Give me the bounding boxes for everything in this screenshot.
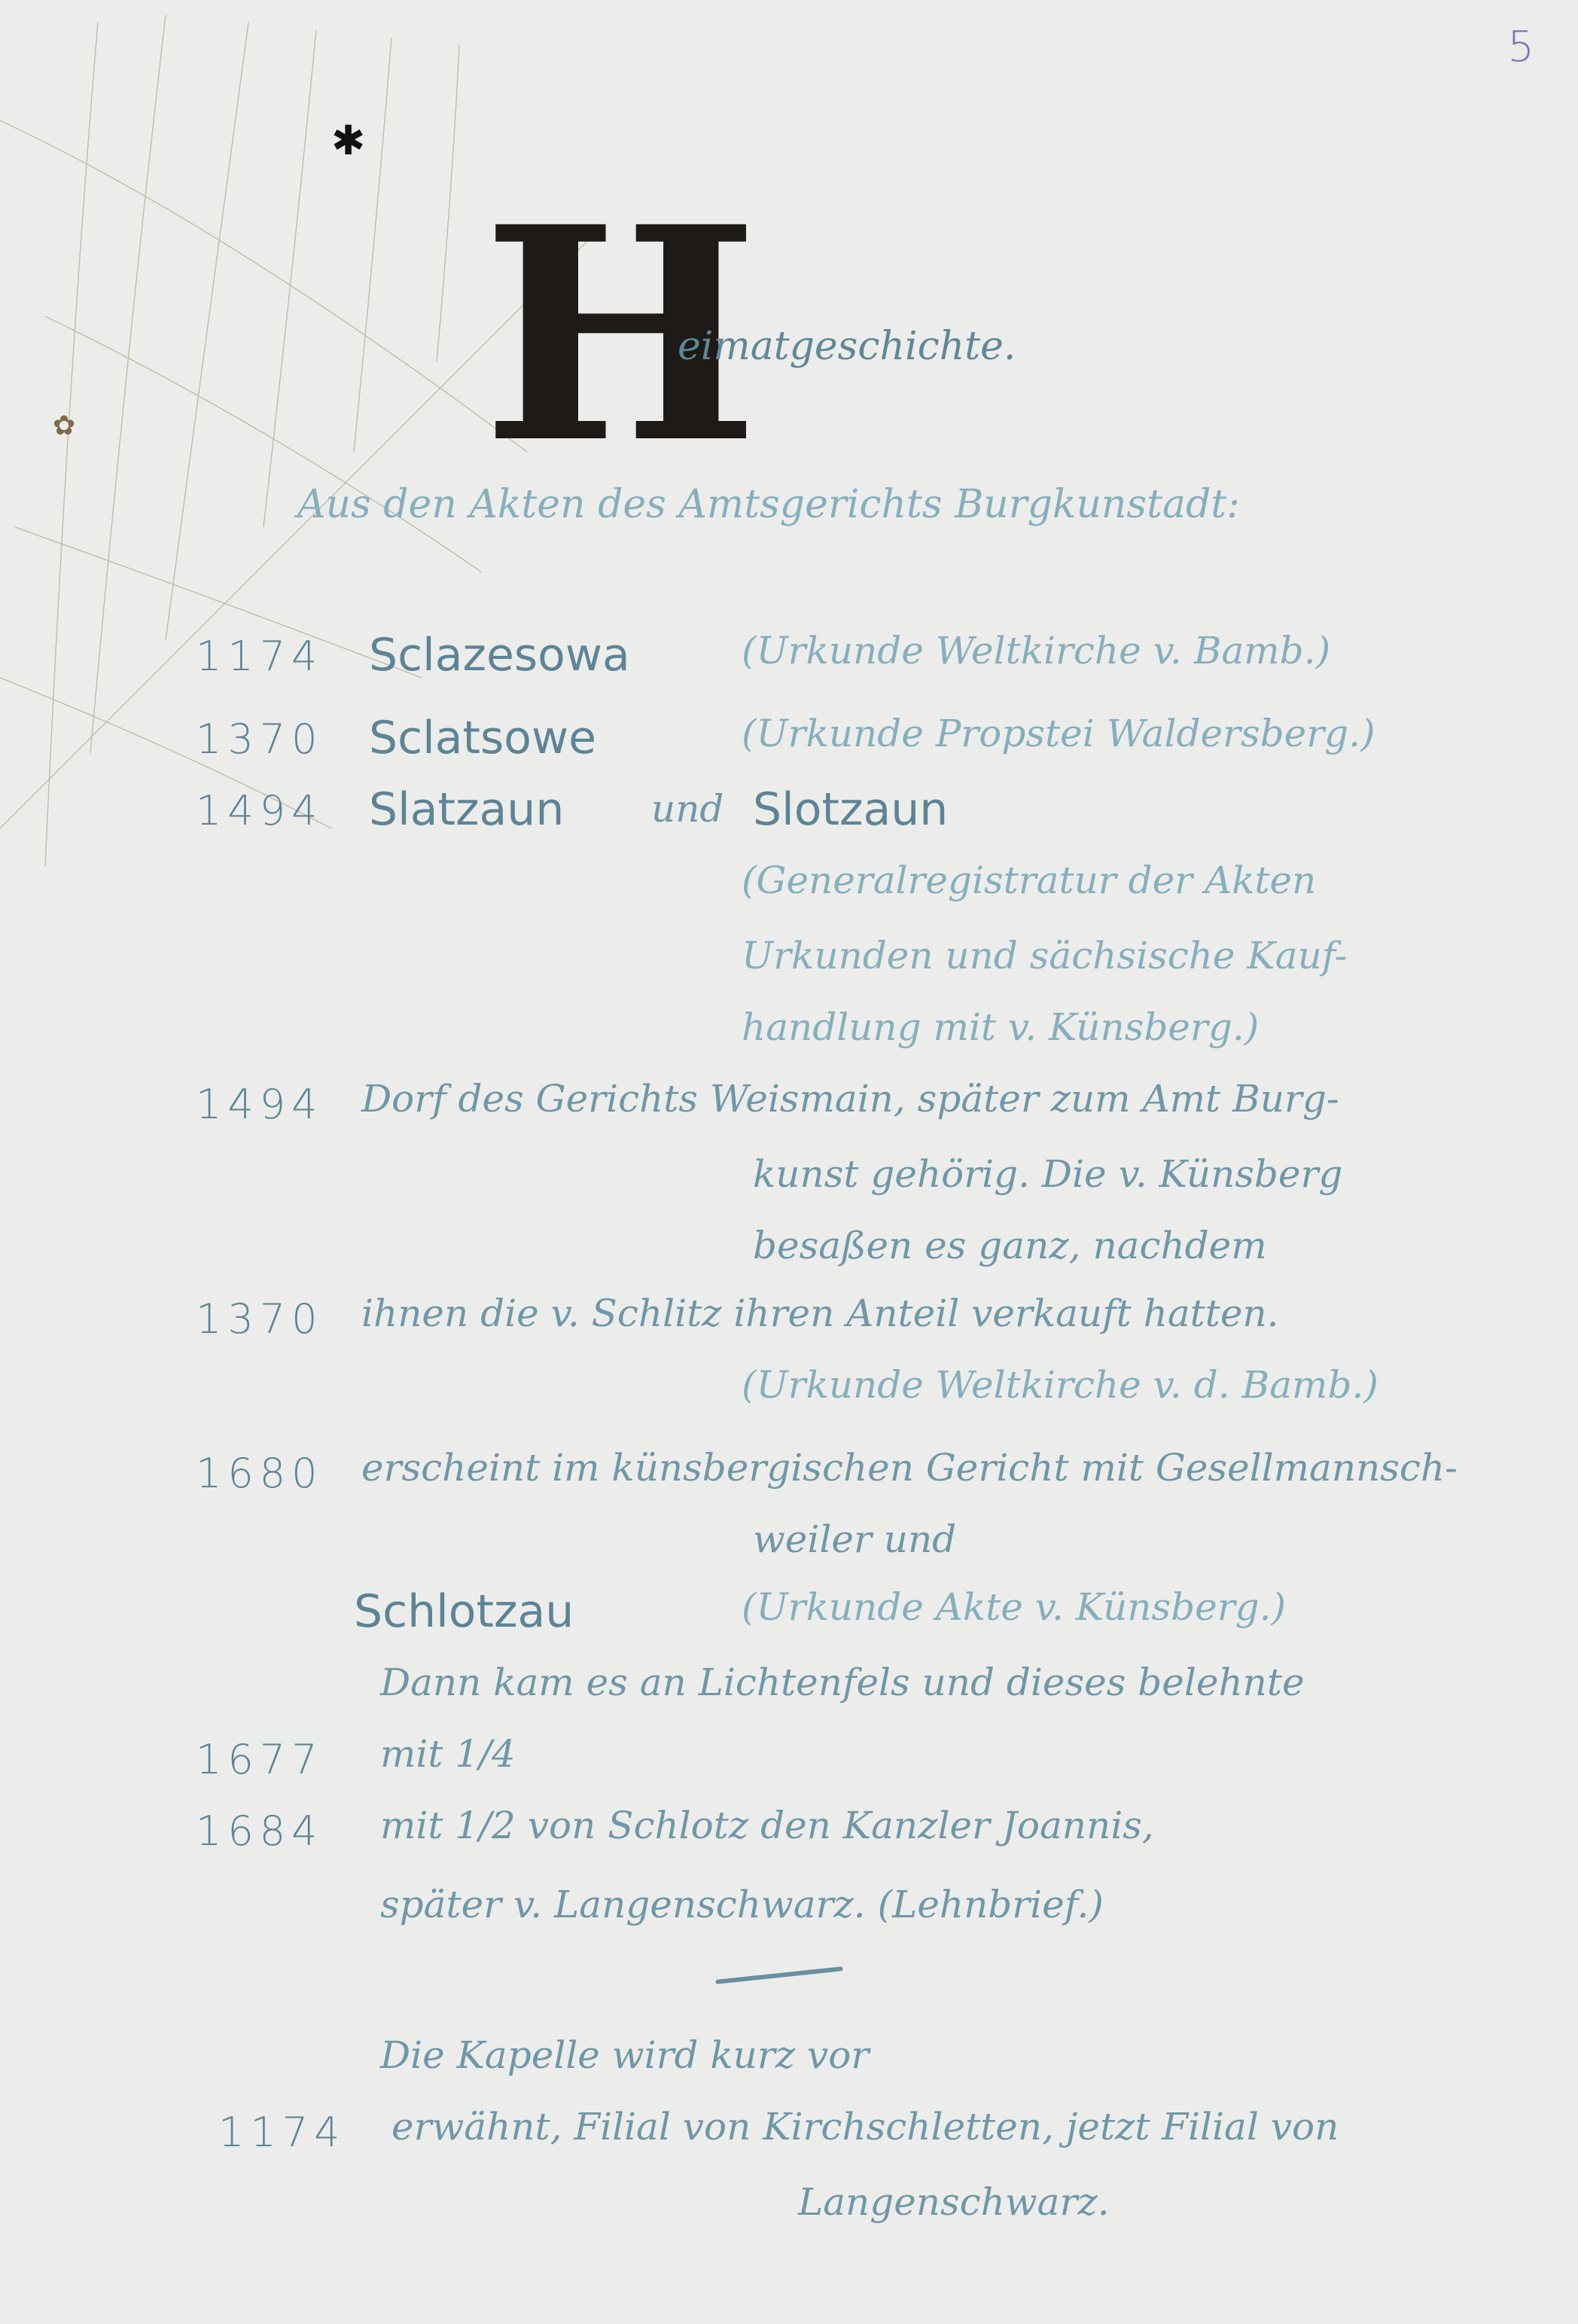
text-line: später v. Langenschwarz. (Lehnbrief.)	[380, 1883, 1104, 1926]
year: 1677	[196, 1736, 323, 1783]
source-note-line: Urkunden und sächsische Kauf-	[742, 934, 1347, 977]
text-line: ihnen die v. Schlitz ihren Anteil verkau…	[361, 1292, 1279, 1335]
year: 1174	[218, 2109, 346, 2156]
source-note: (Urkunde Weltkirche v. d. Bamb.)	[742, 1363, 1378, 1407]
text-line: Langenschwarz.	[798, 2180, 1110, 2224]
source-note: (Urkunde Weltkirche v. Bamb.)	[742, 629, 1330, 672]
text-line: Dorf des Gerichts Weismain, später zum A…	[361, 1077, 1339, 1121]
text-line: mit 1/4	[380, 1732, 516, 1776]
year: 1494	[196, 1081, 323, 1128]
bug-icon: ✿	[53, 410, 75, 441]
page-title: eimatgeschichte.	[678, 324, 1016, 369]
text-line: erwähnt, Filial von Kirchschletten, jetz…	[391, 2105, 1339, 2149]
section-divider	[715, 1966, 843, 1984]
page-number: 5	[1507, 23, 1534, 72]
connector: und	[651, 787, 724, 831]
text-line: weiler und	[753, 1517, 956, 1561]
text-line: besaßen es ganz, nachdem	[753, 1224, 1267, 1267]
text-line: Die Kapelle wird kurz vor	[380, 2033, 869, 2077]
text-line: erscheint im künsbergischen Gericht mit …	[361, 1446, 1458, 1490]
year: 1494	[196, 787, 323, 834]
year: 1680	[196, 1450, 323, 1497]
source-note: (Urkunde Akte v. Künsberg.)	[742, 1585, 1286, 1629]
place-name: Sclatsowe	[369, 712, 596, 764]
year: 1370	[196, 715, 323, 763]
subtitle: Aus den Akten des Amtsgerichts Burgkunst…	[297, 482, 1240, 527]
text-line: Dann kam es an Lichtenfels und dieses be…	[380, 1661, 1305, 1704]
source-note: (Urkunde Propstei Waldersberg.)	[742, 712, 1375, 755]
year: 1174	[196, 633, 323, 680]
spider-icon: ✱	[331, 117, 365, 164]
source-note-line: handlung mit v. Künsberg.)	[742, 1005, 1259, 1049]
place-name-alt: Slotzaun	[753, 783, 948, 836]
place-name: Slatzaun	[369, 783, 564, 836]
year: 1370	[196, 1295, 323, 1343]
place-name: Sclazesowa	[369, 629, 630, 682]
source-note-line: (Generalregistratur der Akten	[742, 859, 1316, 902]
year: 1684	[196, 1807, 323, 1855]
place-name: Schlotzau	[354, 1585, 574, 1638]
text-line: kunst gehörig. Die v. Künsberg	[753, 1152, 1342, 1196]
text-line: mit 1/2 von Schlotz den Kanzler Joannis,	[380, 1804, 1154, 1847]
